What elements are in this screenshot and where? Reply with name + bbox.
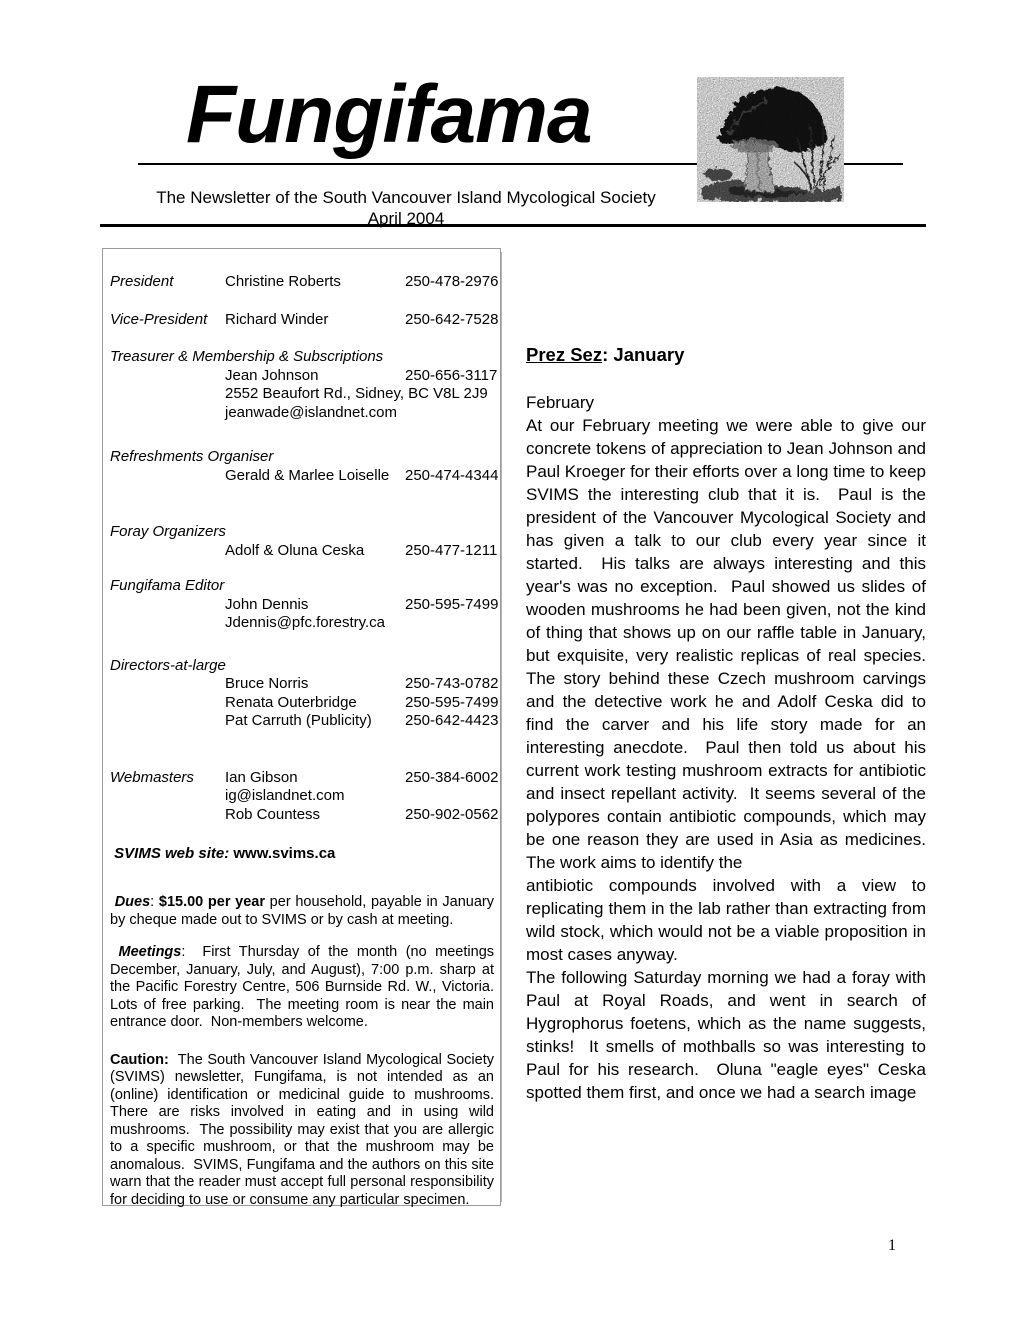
role-label: Refreshments Organiser [110, 448, 225, 467]
directory-row-refreshments: Refreshments Organiser [110, 448, 494, 467]
directory-row-editor: Fungifama Editor [110, 577, 494, 596]
person-name: Rob Countess [225, 806, 405, 825]
directory-row: 2552 Beaufort Rd., Sidney, BC V8L 2J9 [110, 385, 494, 404]
website-url: www.svims.ca [233, 845, 335, 862]
person-name: Adolf & Oluna Ceska [225, 542, 405, 561]
directory-row-foray: Foray Organizers [110, 523, 494, 542]
role-label: Webmasters [110, 769, 225, 788]
directory-row: jeanwade@islandnet.com [110, 404, 494, 423]
article-column: Prez Sez: January February At our Februa… [526, 344, 926, 1104]
website-line: SVIMS web site: www.svims.ca [110, 844, 494, 863]
person-name: Pat Carruth (Publicity) [225, 712, 405, 731]
mushroom-engraving-image [697, 77, 844, 202]
phone-number: 250-902-0562 [405, 806, 498, 825]
person-name: Gerald & Marlee Loiselle [225, 467, 405, 486]
meetings-note: Meetings: First Thursday of the month (n… [110, 944, 494, 1032]
subheading-february: February [526, 391, 926, 414]
website-label: SVIMS web site: [110, 845, 233, 862]
person-name: Bruce Norris [225, 675, 405, 694]
role-label: Directors-at-large [110, 657, 225, 676]
directory-row: Renata Outerbridge 250-595-7499 [110, 694, 494, 713]
directory-row: Pat Carruth (Publicity) 250-642-4423 [110, 712, 494, 731]
phone-number: 250-474-4344 [405, 467, 498, 486]
directory-row: Jean Johnson 250-656-3117 [110, 367, 494, 386]
newsletter-subtitle: The Newsletter of the South Vancouver Is… [100, 187, 712, 208]
phone-number: 250-384-6002 [405, 769, 498, 788]
directory-row: ig@islandnet.com [110, 787, 494, 806]
address-line: 2552 Beaufort Rd., Sidney, BC V8L 2J9 [225, 385, 405, 404]
person-name: Renata Outerbridge [225, 694, 405, 713]
role-label: Foray Organizers [110, 523, 225, 542]
phone-number: 250-478-2976 [405, 273, 498, 292]
directory-row-treasurer: Treasurer & Membership & Subscriptions [110, 348, 494, 367]
directory-panel: President Christine Roberts 250-478-2976… [102, 248, 501, 1206]
email-address: Jdennis@pfc.forestry.ca [225, 614, 405, 633]
person-name: John Dennis [225, 596, 405, 615]
role-label: President [110, 273, 225, 292]
person-name: Richard Winder [225, 311, 405, 330]
role-label: Fungifama Editor [110, 577, 225, 596]
phone-number: 250-642-7528 [405, 311, 498, 330]
role-label: Vice-President [110, 311, 225, 330]
directory-row: Bruce Norris 250-743-0782 [110, 675, 494, 694]
article-paragraph-2: antibiotic compounds involved with a vie… [526, 874, 926, 966]
directory-row: Rob Countess 250-902-0562 [110, 806, 494, 825]
header-rule-divider [100, 224, 926, 227]
caution-note: Caution: The South Vancouver Island Myco… [110, 1052, 494, 1210]
masthead-title: Fungifama [186, 68, 592, 162]
person-name: Jean Johnson [225, 367, 405, 386]
phone-number: 250-477-1211 [405, 542, 497, 561]
directory-row-vice-president: Vice-President Richard Winder 250-642-75… [110, 311, 494, 330]
phone-number: 250-595-7499 [405, 694, 498, 713]
directory-row-directors: Directors-at-large [110, 657, 494, 676]
directory-row: Gerald & Marlee Loiselle 250-474-4344 [110, 467, 494, 486]
directory-row-president: President Christine Roberts 250-478-2976 [110, 273, 494, 292]
phone-number: 250-595-7499 [405, 596, 498, 615]
directory-row-webmasters: Webmasters Ian Gibson 250-384-6002 [110, 769, 494, 788]
masthead-subtitle-block: The Newsletter of the South Vancouver Is… [100, 187, 712, 229]
directory-row: Adolf & Oluna Ceska 250-477-1211 [110, 542, 494, 561]
phone-number: 250-743-0782 [405, 675, 498, 694]
article-paragraph-1: At our February meeting we were able to … [526, 414, 926, 874]
phone-number: 250-656-3117 [405, 367, 497, 386]
article-paragraph-3: The following Saturday morning we had a … [526, 966, 926, 1104]
email-address: ig@islandnet.com [225, 787, 405, 806]
newsletter-page: Fungifama [0, 0, 1020, 1320]
phone-number: 250-642-4423 [405, 712, 498, 731]
person-name: Ian Gibson [225, 769, 405, 788]
prez-sez-heading: Prez Sez: January [526, 344, 926, 366]
email-address: jeanwade@islandnet.com [225, 404, 405, 423]
role-label: Treasurer & Membership & Subscriptions [110, 348, 225, 367]
person-name: Christine Roberts [225, 273, 405, 292]
dues-note: Dues: $15.00 per year per household, pay… [110, 894, 494, 929]
page-number: 1 [888, 1237, 896, 1255]
directory-row: John Dennis 250-595-7499 [110, 596, 494, 615]
directory-row: Jdennis@pfc.forestry.ca [110, 614, 494, 633]
